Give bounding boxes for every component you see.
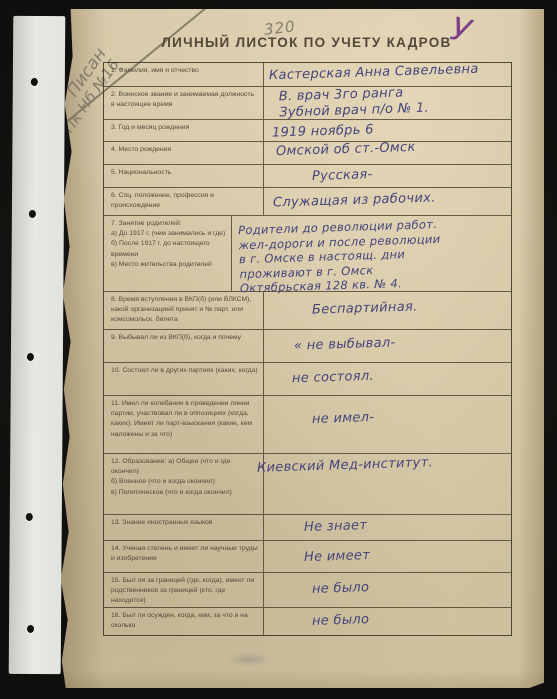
answer-handwriting: не имел-: [312, 410, 375, 427]
answer-cell: не было: [264, 608, 511, 635]
question-label: 9. Выбывал ли из ВКП(б), когда и почему: [104, 330, 264, 362]
question-label: 12. Образование: а) Общее (что и где око…: [104, 454, 264, 514]
answer-handwriting: Кастерская Анна Савельевна: [269, 62, 479, 84]
answer-cell: Киевский Мед-институт.: [264, 454, 511, 514]
question-label: 13. Знание иностранных языков: [104, 515, 264, 540]
answer-handwriting: Омской об ст.-Омск: [276, 140, 416, 159]
form-row-9: 9. Выбывал ли из ВКП(б), когда и почему …: [104, 330, 511, 363]
question-label: 8. Время вступления в ВКП(б) (или ВЛКСМ)…: [104, 292, 264, 329]
answer-cell: « не выбывал-: [264, 330, 511, 362]
answer-handwriting: Служащая из рабочих.: [273, 190, 436, 210]
question-label: 15. Был ли за границей (где, когда), име…: [104, 573, 264, 607]
question-label: 1. Фамилия, имя и отчество: [104, 63, 264, 86]
ink-smudge: [227, 653, 271, 666]
answer-cell: не было: [264, 573, 511, 607]
question-label: 4. Место рождения: [104, 142, 264, 164]
answer-handwriting: Не знает: [304, 518, 368, 535]
question-label: 14. Ученая степень и имеет ли научные тр…: [104, 541, 264, 572]
form-row-2: 2. Воинское звание и занимаемая должност…: [104, 87, 511, 120]
question-label: 2. Воинское звание и занимаемая должност…: [104, 87, 264, 119]
form-row-16: 16. Был ли осужден, когда, кем, за что и…: [104, 608, 511, 635]
answer-handwriting: Русская-: [312, 167, 373, 184]
question-label: 6. Соц. положение, профессия и происхожд…: [104, 188, 264, 215]
question-label: 11. Имел ли колебания в проведении линии…: [104, 396, 264, 453]
personnel-form-table: 1. Фамилия, имя и отчество Кастерская Ан…: [103, 62, 512, 636]
answer-cell: Не имеет: [264, 541, 511, 572]
form-row-1: 1. Фамилия, имя и отчество Кастерская Ан…: [104, 63, 511, 87]
answer-handwriting: « не выбывал-: [294, 335, 396, 353]
form-row-15: 15. Был ли за границей (где, когда), име…: [104, 573, 511, 608]
question-label: 10. Состоял ли в других партиях (каких, …: [104, 363, 264, 395]
answer-handwriting: не состоял.: [292, 369, 374, 387]
answer-handwriting: не было: [312, 612, 370, 629]
answer-cell: Русская-: [264, 165, 511, 187]
document-paper: Писан в Пк Нб №16 320 ЛИЧНЫЙ ЛИСТОК ПО У…: [55, 9, 544, 688]
form-row-7: 7. Занятие родителей: а) До 1917 г. (чем…: [104, 216, 511, 292]
answer-cell: Служащая из рабочих.: [264, 188, 511, 215]
question-label: 5. Национальность: [104, 165, 264, 187]
answer-handwriting: Киевский Мед-институт.: [257, 455, 433, 476]
form-row-5: 5. Национальность Русская-: [104, 165, 511, 188]
punch-hole: [26, 513, 33, 521]
punch-hole: [29, 210, 36, 218]
question-label: 16. Был ли осужден, когда, кем, за что и…: [104, 608, 264, 635]
paper-edge-shade-bottom: [55, 670, 544, 688]
punch-hole: [27, 353, 34, 361]
answer-handwriting: В. врач 3го ранга Зубной врач п/о № 1.: [279, 85, 430, 122]
answer-cell: В. врач 3го ранга Зубной врач п/о № 1.: [264, 87, 511, 119]
form-row-11: 11. Имел ли колебания в проведении линии…: [104, 396, 511, 454]
photo-background: Писан в Пк Нб №16 320 ЛИЧНЫЙ ЛИСТОК ПО У…: [0, 0, 557, 699]
answer-cell: 1919 ноябрь 6: [264, 120, 511, 141]
answer-handwriting: Не имеет: [304, 548, 371, 565]
backing-page: [9, 16, 66, 674]
form-row-14: 14. Ученая степень и имеет ли научные тр…: [104, 541, 511, 573]
question-label: 3. Год и месяц рождения: [104, 120, 264, 141]
answer-handwriting: не было: [312, 580, 370, 597]
form-row-8: 8. Время вступления в ВКП(б) (или ВЛКСМ)…: [104, 292, 511, 330]
form-row-12: 12. Образование: а) Общее (что и где око…: [104, 454, 511, 515]
punch-hole: [31, 78, 38, 86]
form-row-4: 4. Место рождения Омской об ст.-Омск: [104, 142, 511, 165]
form-row-10: 10. Состоял ли в других партиях (каких, …: [104, 363, 511, 396]
answer-handwriting: Родители до революции работ. жел-дороги …: [238, 215, 512, 296]
answer-cell: Родители до революции работ. жел-дороги …: [232, 216, 511, 291]
answer-handwriting: 1919 ноябрь 6: [272, 122, 374, 140]
punch-hole: [27, 625, 34, 633]
answer-cell: Омской об ст.-Омск: [264, 142, 511, 164]
form-row-13: 13. Знание иностранных языков Не знает: [104, 515, 511, 541]
answer-cell: Кастерская Анна Савельевна: [264, 63, 511, 86]
answer-cell: Беспартийная.: [264, 292, 511, 329]
form-row-3: 3. Год и месяц рождения 1919 ноябрь 6: [104, 120, 511, 142]
form-row-6: 6. Соц. положение, профессия и происхожд…: [104, 188, 511, 216]
question-label: 7. Занятие родителей: а) До 1917 г. (чем…: [104, 216, 232, 291]
answer-handwriting: Беспартийная.: [312, 299, 418, 317]
paper-edge-shade-right: [518, 9, 544, 688]
answer-cell: Не знает: [264, 515, 511, 540]
answer-cell: не имел-: [264, 396, 511, 453]
answer-cell: не состоял.: [264, 363, 511, 395]
